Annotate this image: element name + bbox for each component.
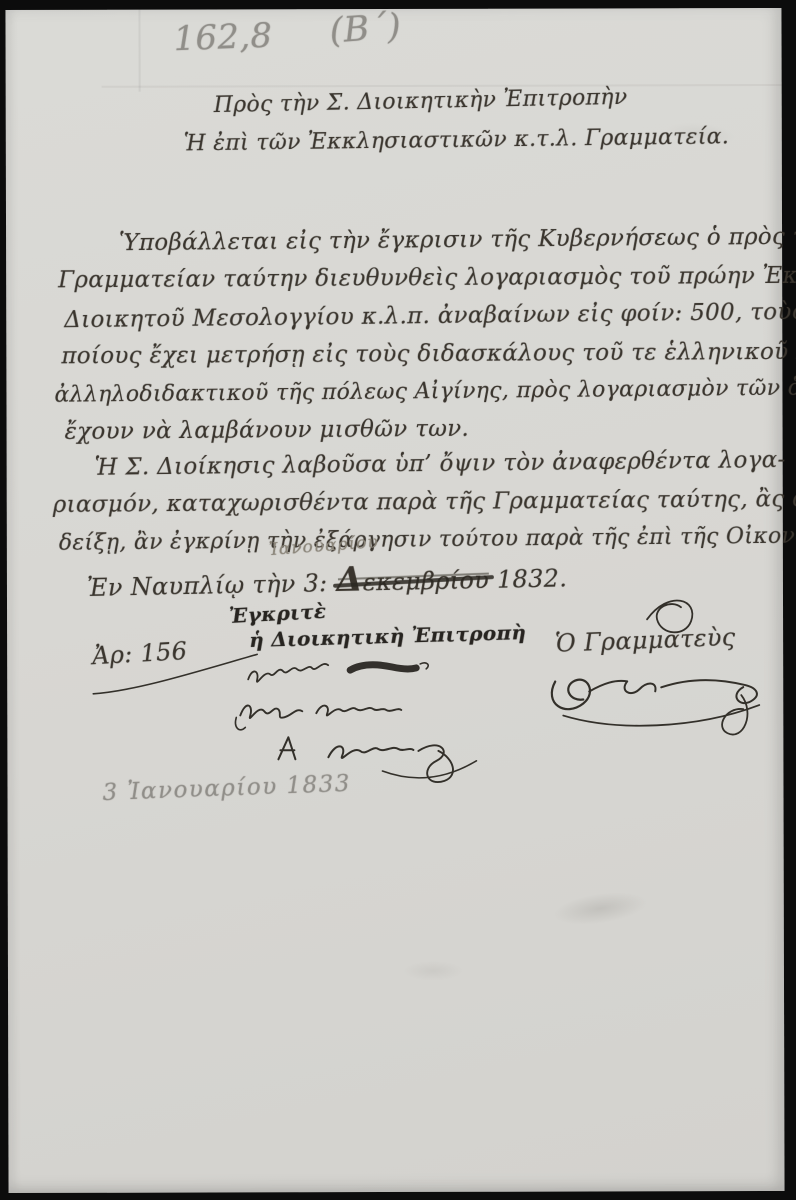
secretary-signature-flourish bbox=[527, 583, 782, 754]
ink-smudge bbox=[403, 961, 463, 981]
recipient-line: Πρὸς τὴν Σ. Διοικητικὴν Ἐπιτροπὴν bbox=[213, 85, 627, 118]
body-line: ἀλληλοδιδακτικοῦ τῆς πόλεως Αἰγίνης, πρὸ… bbox=[54, 375, 796, 408]
received-date-pencil: 3 Ἰανουαρίου 1833 bbox=[102, 771, 351, 806]
approval-note: Ἐγκριτὲ bbox=[228, 599, 326, 628]
body-line: ριασμόν, καταχωρισθέντα παρὰ τῆς Γραμματ… bbox=[53, 486, 796, 518]
dateline-place: Ἐν Ναυπλίῳ τὴν 3: bbox=[87, 569, 328, 602]
paper-crease-horizontal bbox=[102, 84, 782, 88]
document-page: 162,8 (Β΄) Πρὸς τὴν Σ. Διοικητικὴν Ἐπιτρ… bbox=[5, 8, 784, 1193]
body-line: Ὑποβάλλεται εἰς τὴν ἔγκρισιν τῆς Κυβερνή… bbox=[119, 223, 796, 256]
approval-body: ἡ Διοικητικὴ Ἐπιτροπὴ bbox=[249, 620, 527, 652]
archive-series: (Β΄) bbox=[328, 7, 402, 52]
scanner-background: 162,8 (Β΄) Πρὸς τὴν Σ. Διοικητικὴν Ἐπιτρ… bbox=[0, 0, 796, 1200]
ink-smudge bbox=[551, 887, 649, 930]
body-line: Ἡ Σ. Διοίκησις λαβοῦσα ὑπ’ ὄψιν τὸν ἀναφ… bbox=[95, 447, 786, 481]
archive-number: 162,8 bbox=[173, 16, 273, 60]
committee-signatures bbox=[232, 651, 522, 792]
struck-month: Δεκεμβρίου bbox=[336, 556, 489, 599]
paper-crease-vertical bbox=[138, 10, 140, 92]
body-line: ποίους ἔχει μετρήσῃ εἰς τοὺς διδασκάλους… bbox=[61, 338, 796, 369]
body-line: ἔχουν νὰ λαμβάνουν μισθῶν των. bbox=[64, 416, 469, 445]
body-line: Διοικητοῦ Μεσολογγίου κ.λ.π. ἀναβαίνων ε… bbox=[64, 298, 796, 333]
dateline: Ἐν Ναυπλίῳ τὴν 3:Δεκεμβρίου 1832. bbox=[87, 554, 568, 604]
sender-line: Ἡ ἐπὶ τῶν Ἐκκλησιαστικῶν κ.τ.λ. Γραμματε… bbox=[184, 124, 730, 156]
body-line: Γραμματείαν ταύτην διευθυνθεὶς λογαριασμ… bbox=[58, 262, 796, 293]
body-line: δείξῃ, ἂν ἐγκρίνῃ τὴν ἐξάργησιν τούτου π… bbox=[59, 523, 796, 556]
